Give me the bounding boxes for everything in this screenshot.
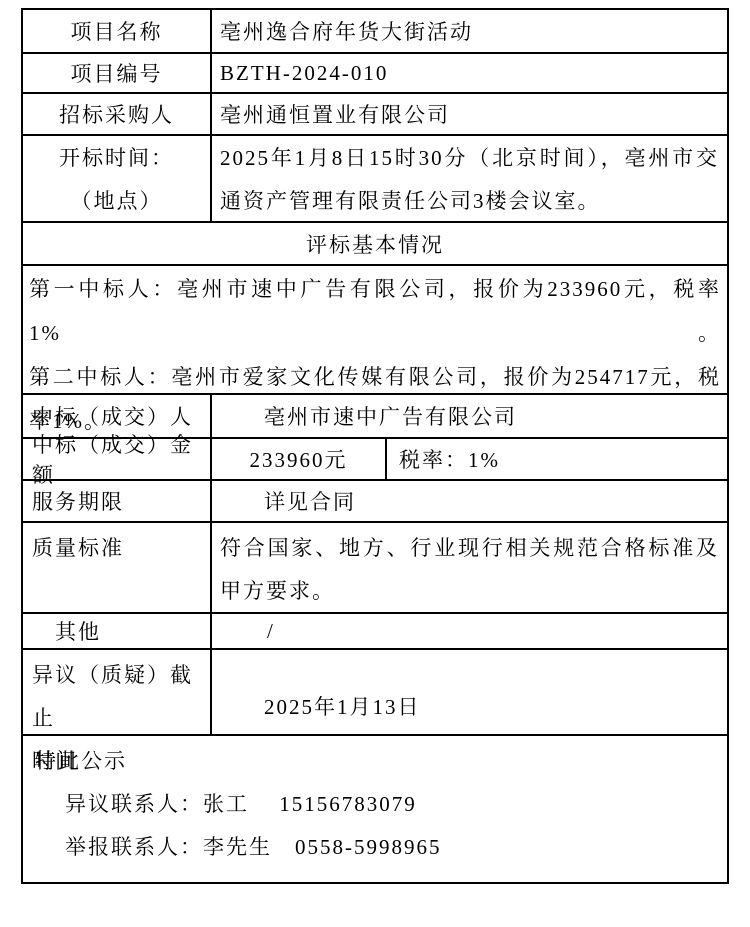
project-name-value: 亳州逸合府年货大街活动 (212, 10, 727, 52)
row-award-amount: 中标（成交）金额 233960元 税率：1% (23, 437, 727, 479)
purchaser-value: 亳州通恒置业有限公司 (212, 94, 727, 134)
evaluation-block: 第一中标人：亳州市速中广告有限公司，报价为233960元，税率1%。 第二中标人… (23, 266, 727, 393)
quality-standard-value: 符合国家、地方、行业现行相关规范合格标准及甲方要求。 (212, 523, 727, 612)
page: { "page": { "background": "#ffffff", "bo… (0, 0, 750, 927)
objection-deadline-label: 异议（质疑）截止 时间 (23, 650, 212, 734)
section-header-title: 评标基本情况 (23, 223, 727, 264)
objection-deadline-label-line1: 异议（质疑）截止 (32, 654, 210, 740)
row-footer: 特此公示 异议联系人：张工 15156783079 举报联系人：李先生 0558… (23, 734, 727, 882)
row-project-number: 项目编号 BZTH-2024-010 (23, 52, 727, 92)
objection-deadline-value: 2025年1月13日 (212, 650, 727, 734)
project-number-label: 项目编号 (23, 54, 212, 92)
award-amount-label: 中标（成交）金额 (23, 439, 212, 479)
row-other: 其他 / (23, 612, 727, 648)
row-quality-standard: 质量标准 符合国家、地方、行业现行相关规范合格标准及甲方要求。 (23, 521, 727, 612)
service-period-label: 服务期限 (23, 481, 212, 521)
tax-rate-value: 税率：1% (387, 439, 727, 479)
evaluation-first-bidder: 第一中标人：亳州市速中广告有限公司，报价为233960元，税率1%。 (29, 267, 721, 355)
other-value: / (212, 614, 727, 648)
row-project-name: 项目名称 亳州逸合府年货大街活动 (23, 10, 727, 52)
bid-opening-value: 2025年1月8日15时30分（北京时间），亳州市交通资产管理有限责任公司3楼会… (212, 136, 727, 221)
footer-notice: 特此公示 (23, 740, 727, 783)
bid-opening-label-line2: （地点） (23, 180, 210, 223)
service-period-value: 详见合同 (212, 481, 727, 521)
footer-block: 特此公示 异议联系人：张工 15156783079 举报联系人：李先生 0558… (23, 736, 727, 882)
other-label: 其他 (23, 614, 212, 648)
row-bid-opening: 开标时间： （地点） 2025年1月8日15时30分（北京时间），亳州市交通资产… (23, 134, 727, 221)
announcement-table: 项目名称 亳州逸合府年货大街活动 项目编号 BZTH-2024-010 招标采购… (21, 8, 729, 884)
purchaser-label: 招标采购人 (23, 94, 212, 134)
project-number-value: BZTH-2024-010 (212, 54, 727, 92)
row-section-header: 评标基本情况 (23, 221, 727, 264)
bid-opening-label: 开标时间： （地点） (23, 136, 212, 221)
award-amount-value: 233960元 (212, 439, 387, 479)
row-evaluation: 第一中标人：亳州市速中广告有限公司，报价为233960元，税率1%。 第二中标人… (23, 264, 727, 393)
bid-opening-label-line1: 开标时间： (23, 137, 210, 180)
project-name-label: 项目名称 (23, 10, 212, 52)
quality-standard-label: 质量标准 (23, 523, 212, 612)
footer-report-contact: 举报联系人：李先生 0558-5998965 (23, 826, 727, 869)
winner-value: 亳州市速中广告有限公司 (212, 395, 727, 437)
row-purchaser: 招标采购人 亳州通恒置业有限公司 (23, 92, 727, 134)
row-service-period: 服务期限 详见合同 (23, 479, 727, 521)
row-objection-deadline: 异议（质疑）截止 时间 2025年1月13日 (23, 648, 727, 734)
footer-objection-contact: 异议联系人：张工 15156783079 (23, 783, 727, 826)
